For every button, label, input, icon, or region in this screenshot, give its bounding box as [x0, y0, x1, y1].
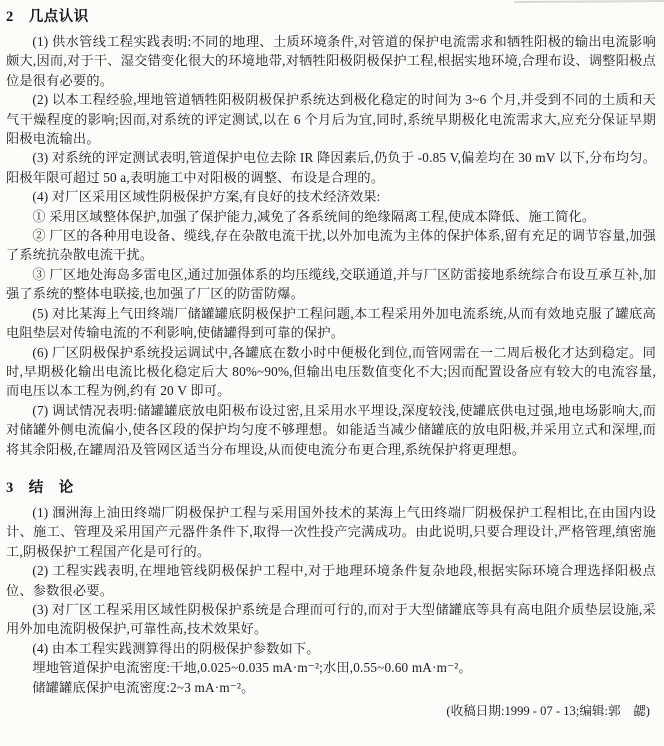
paragraph: (4) 对厂区采用区域性阴极保护方案,有良好的技术经济效果:	[6, 187, 656, 206]
section-2-heading: 2 几点认识	[6, 7, 656, 27]
paragraph: (2) 工程实践表明,在埋地管线阴极保护工程中,对于地理环境条件复杂地段,根据实…	[6, 561, 656, 600]
scan-artifact-line	[514, 0, 664, 3]
paragraph: (4) 由本工程实践测算得出的阴极保护参数如下。	[6, 639, 656, 658]
section-3-heading: 3 结 论	[6, 478, 656, 498]
paragraph: (6) 厂区阴极保护系统投运调试中,各罐底在数小时中便极化到位,而管网需在一二周…	[6, 343, 656, 401]
paragraph: ③ 厂区地处海岛多雷电区,通过加强体系的均压缆线,交联通道,并与厂区防雷接地系统…	[6, 265, 656, 304]
journal-paper-page: 2 几点认识 (1) 供水管线工程实践表明:不同的地理、土质环境条件,对管道的保…	[0, 0, 664, 746]
paragraph: (2) 以本工程经验,埋地管道牺牲阳极阴极保护系统达到极化稳定的时间为 3~6 …	[6, 90, 656, 148]
paragraph: ① 采用区域整体保护,加强了保护能力,减免了各系统间的绝缘隔离工程,使成本降低、…	[6, 207, 656, 226]
paragraph: (1) 涠洲海上油田终端厂阴极保护工程与采用国外技术的某海上气田终端厂阴极保护工…	[6, 503, 656, 561]
paragraph: (5) 对比某海上气田终端厂储罐罐底阴极保护工程问题,本工程采用外加电流系统,从…	[6, 304, 656, 343]
paragraph: 储罐罐底保护电流密度:2~3 mA·m⁻²。	[6, 678, 656, 697]
section-conclusions: 3 结 论 (1) 涠洲海上油田终端厂阴极保护工程与采用国外技术的某海上气田终端…	[6, 478, 656, 697]
paragraph: 埋地管道保护电流密度:干地,0.025~0.035 mA·m⁻²;水田,0.55…	[6, 658, 656, 677]
paragraph: (3) 对厂区工程采用区域性阴极保护系统是合理而可行的,而对于大型储罐底等具有高…	[6, 600, 656, 639]
section-remarks: 2 几点认识 (1) 供水管线工程实践表明:不同的地理、土质环境条件,对管道的保…	[6, 7, 656, 459]
paragraph: (3) 对系统的评定测试表明,管道保护电位去除 IR 降因素后,仍负于 -0.8…	[6, 148, 656, 187]
paragraph: ② 厂区的各种用电设备、缆线,存在杂散电流干扰,以外加电流为主体的保护体系,留有…	[6, 226, 656, 265]
manuscript-received-note: (收稿日期:1999 - 07 - 13;编辑:郭 勰)	[6, 702, 656, 720]
paragraph: (7) 调试情况表明:储罐罐底放电阳极布设过密,且采用水平埋设,深度较浅,使罐底…	[6, 401, 656, 459]
paragraph: (1) 供水管线工程实践表明:不同的地理、土质环境条件,对管道的保护电流需求和牺…	[6, 32, 656, 90]
